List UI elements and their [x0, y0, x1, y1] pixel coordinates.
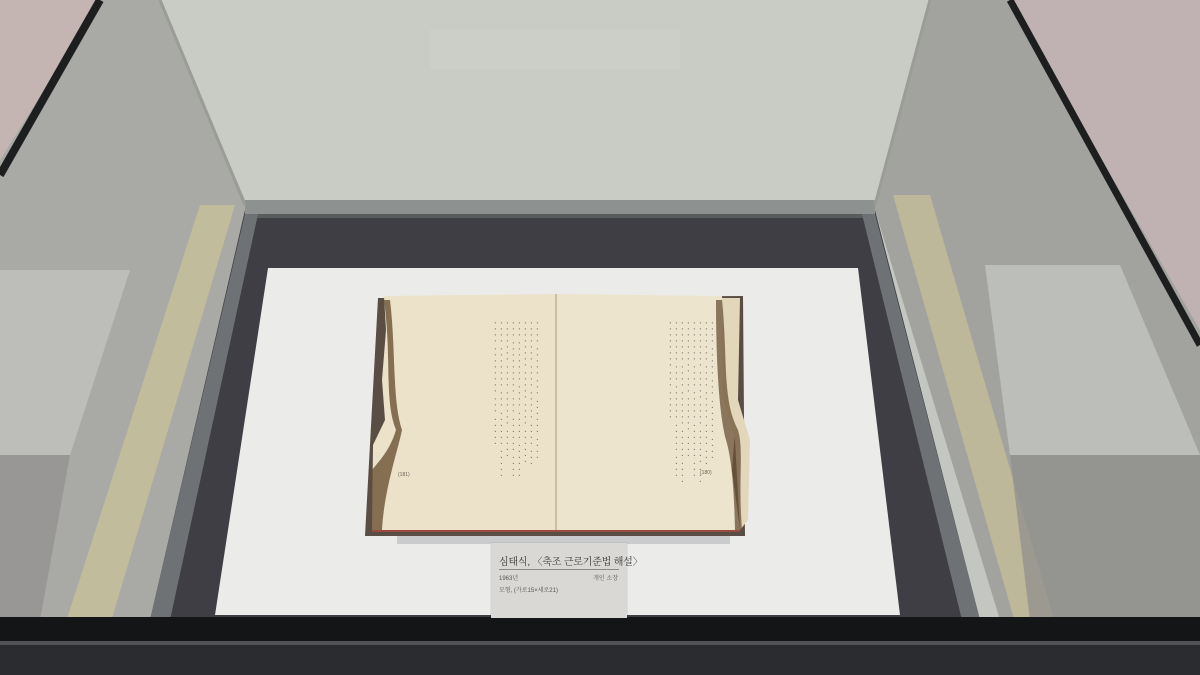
label-title: 심태식, 〈축조 근로기준법 해설〉 — [499, 553, 642, 568]
label-year: 1963년 — [499, 573, 518, 582]
right-page-text: ▪▪▪▪ ▪▪▪▪▪ ▪▪▪ ▪▪▪▪▪▪ ▪▪▪▪ ▪▪▪▪▪▪▪ ▪▪▪▪ … — [575, 320, 715, 490]
label-dimensions: 모형, (가로15×세로21) — [499, 585, 558, 594]
left-page-text: ▪▪▪▪ ▪▪▪▪▪ ▪▪▪ ▪▪▪▪▪▪ ▪▪▪▪ ▪▪▪▪▪▪▪ ▪▪▪▪ … — [400, 320, 540, 480]
exhibit-label: 심태식, 〈축조 근로기준법 해설〉 1963년 개인 소장 모형, (가로15… — [491, 543, 627, 618]
label-divider — [499, 569, 619, 570]
label-owner: 개인 소장 — [593, 573, 618, 582]
right-page-number: (180) — [700, 470, 712, 476]
left-page-number: (181) — [398, 472, 410, 478]
